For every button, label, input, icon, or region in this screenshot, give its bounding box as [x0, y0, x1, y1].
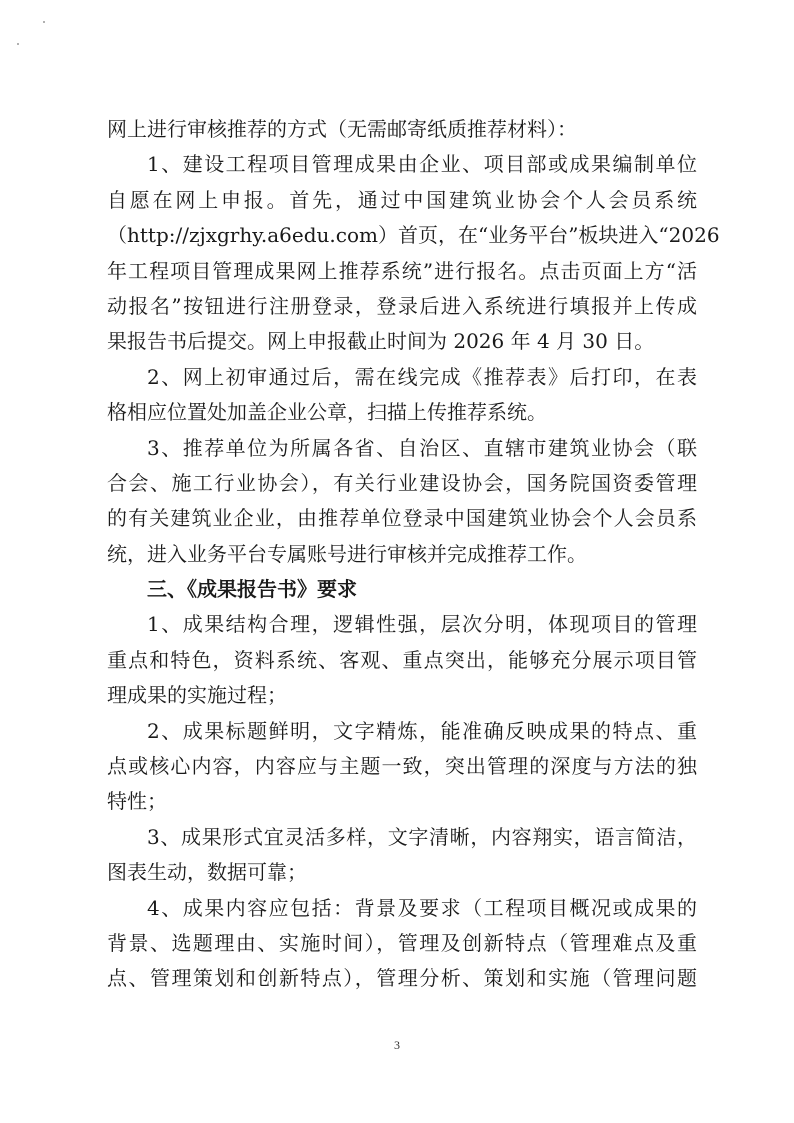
text-line: 自愿在网上申报。首先，通过中国建筑业协会个人会员系统 — [107, 183, 697, 218]
text-line: 3、成果形式宜灵活多样，文字清晰，内容翔实，语言简洁， — [107, 820, 697, 855]
text-line: 点或核心内容，内容应与主题一致，突出管理的深度与方法的独 — [107, 749, 697, 784]
text-line: 1、成果结构合理，逻辑性强，层次分明，体现项目的管理 — [107, 607, 697, 642]
text-line: （http://zjxgrhy.a6edu.com）首页，在“业务平台”板块进入… — [107, 218, 697, 253]
scan-speck — [17, 43, 19, 45]
text-line: 2、网上初审通过后，需在线完成《推荐表》后打印，在表 — [107, 360, 697, 395]
text-line: 动报名”按钮进行注册登录，登录后进入系统进行填报并上传成 — [107, 289, 697, 324]
text-line: 重点和特色，资料系统、客观、重点突出，能够充分展示项目管 — [107, 643, 697, 678]
text-line: 网上进行审核推荐的方式（无需邮寄纸质推荐材料）： — [107, 112, 697, 147]
text-line: 格相应位置处加盖企业公章，扫描上传推荐系统。 — [107, 395, 697, 430]
text-line: 统，进入业务平台专属账号进行审核并完成推荐工作。 — [107, 537, 697, 572]
text-line: 的有关建筑业企业，由推荐单位登录中国建筑业协会个人会员系 — [107, 501, 697, 536]
text-line: 特性； — [107, 784, 697, 819]
text-line: 1、建设工程项目管理成果由企业、项目部或成果编制单位 — [107, 147, 697, 182]
text-line: 理成果的实施过程； — [107, 678, 697, 713]
text-line: 果报告书后提交。网上申报截止时间为 2026 年 4 月 30 日。 — [107, 324, 697, 359]
text-line: 3、推荐单位为所属各省、自治区、直辖市建筑业协会（联 — [107, 431, 697, 466]
text-line: 合会、施工行业协会），有关行业建设协会，国务院国资委管理 — [107, 466, 697, 501]
text-line: 点、管理策划和创新特点），管理分析、策划和实施（管理问题 — [107, 961, 697, 996]
text-line: 图表生动，数据可靠； — [107, 855, 697, 890]
page-number: 3 — [0, 1038, 794, 1053]
text-line: 4、成果内容应包括：背景及要求（工程项目概况或成果的 — [107, 891, 697, 926]
text-line: 背景、选题理由、实施时间），管理及创新特点（管理难点及重 — [107, 926, 697, 961]
document-body: 网上进行审核推荐的方式（无需邮寄纸质推荐材料）：1、建设工程项目管理成果由企业、… — [107, 112, 697, 997]
text-line: 2、成果标题鲜明，文字精炼，能准确反映成果的特点、重 — [107, 714, 697, 749]
text-line: 年工程项目管理成果网上推荐系统”进行报名。点击页面上方“活 — [107, 254, 697, 289]
scan-speck — [43, 21, 45, 23]
section-heading: 三、《成果报告书》要求 — [107, 572, 697, 607]
